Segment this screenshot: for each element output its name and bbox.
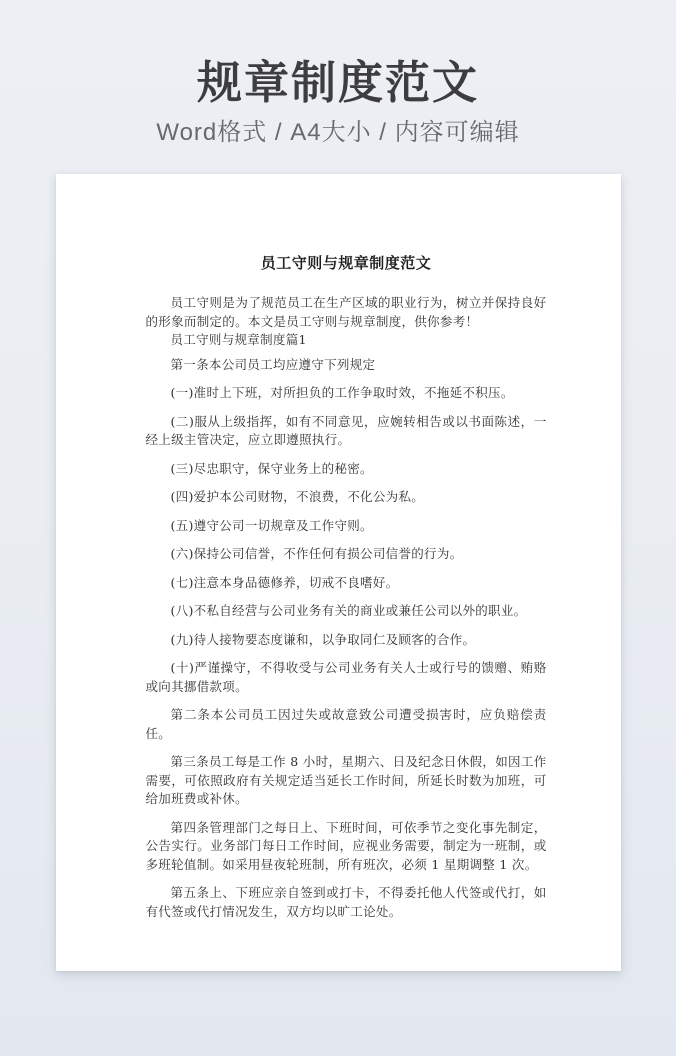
document-paragraph: 员工守则是为了规范员工在生产区域的职业行为，树立并保持良好的形象而制定的。本文是… <box>146 294 547 331</box>
document-body: 员工守则是为了规范员工在生产区域的职业行为，树立并保持良好的形象而制定的。本文是… <box>146 294 547 921</box>
document-paragraph: 第五条上、下班应亲自签到或打卡，不得委托他人代签或代打，如有代签或代打情况发生，… <box>146 884 547 921</box>
document-paragraph: 员工守则与规章制度篇1 <box>146 331 547 350</box>
template-preview-page: 规章制度范文 Word格式 / A4大小 / 内容可编辑 员工守则与规章制度范文… <box>0 0 676 1056</box>
document-paragraph: (七)注意本身品德修养，切戒不良嗜好。 <box>146 574 547 593</box>
document-paragraph: (五)遵守公司一切规章及工作守则。 <box>146 517 547 536</box>
document-paragraph: (四)爱护本公司财物，不浪费，不化公为私。 <box>146 488 547 507</box>
document-paragraph: (二)服从上级指挥，如有不同意见，应婉转相告或以书面陈述，一经上级主管决定，应立… <box>146 413 547 450</box>
document-paragraph: (九)待人接物要态度谦和，以争取同仁及顾客的合作。 <box>146 631 547 650</box>
page-subtitle: Word格式 / A4大小 / 内容可编辑 <box>0 119 676 148</box>
document-paragraph: 第四条管理部门之每日上、下班时间，可依季节之变化事先制定，公告实行。业务部门每日… <box>146 819 547 875</box>
document-page: 员工守则与规章制度范文 员工守则是为了规范员工在生产区域的职业行为，树立并保持良… <box>56 174 621 971</box>
document-paragraph: (十)严谨操守，不得收受与公司业务有关人士或行号的馈赠、贿赂或向其挪借款项。 <box>146 659 547 696</box>
document-paragraph: 第一条本公司员工均应遵守下列规定 <box>146 356 547 375</box>
document-paragraph: (一)准时上下班，对所担负的工作争取时效，不拖延不积压。 <box>146 384 547 403</box>
header: 规章制度范文 Word格式 / A4大小 / 内容可编辑 <box>0 58 676 147</box>
document-paragraph: (六)保持公司信誉，不作任何有损公司信誉的行为。 <box>146 545 547 564</box>
page-title: 规章制度范文 <box>0 58 676 108</box>
document-paragraph: 第二条本公司员工因过失或故意致公司遭受损害时，应负赔偿责任。 <box>146 706 547 743</box>
document-paragraph: (八)不私自经营与公司业务有关的商业或兼任公司以外的职业。 <box>146 602 547 621</box>
document-title: 员工守则与规章制度范文 <box>146 252 547 273</box>
document-paragraph: (三)尽忠职守，保守业务上的秘密。 <box>146 460 547 479</box>
document-paragraph: 第三条员工每是工作 8 小时，星期六、日及纪念日休假，如因工作需要，可依照政府有… <box>146 753 547 809</box>
